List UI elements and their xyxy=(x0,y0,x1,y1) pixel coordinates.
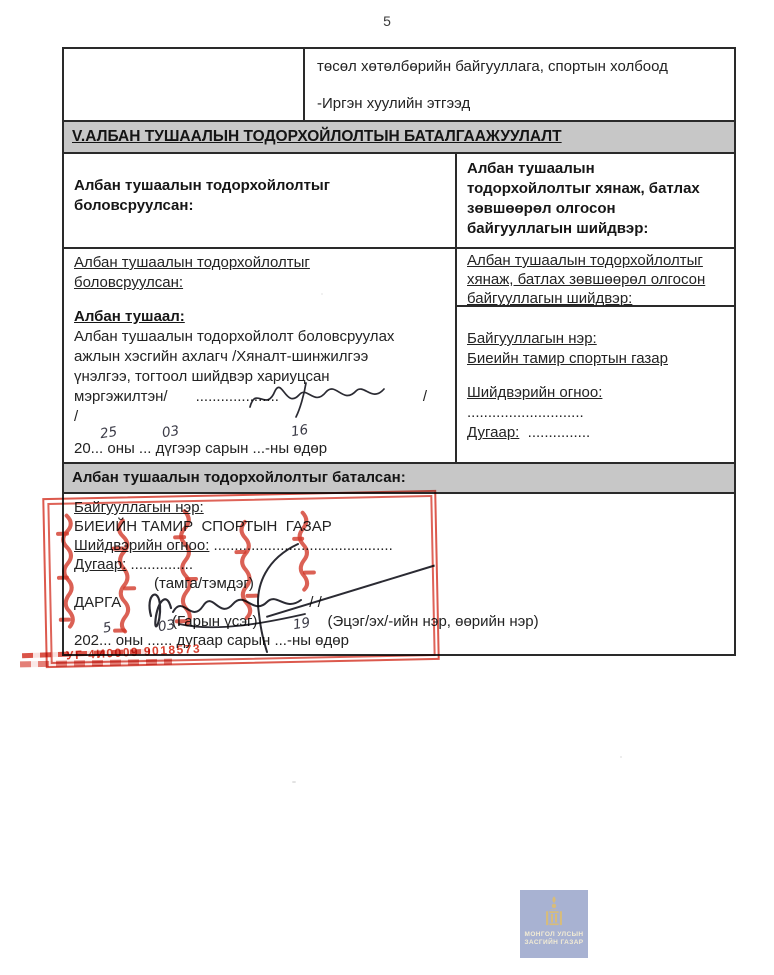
number-label: Дугаар: xyxy=(74,556,126,573)
section-v-title: V.АЛБАН ТУШААЛЫН ТОДОРХОЙЛОЛТЫН БАТАЛГАА… xyxy=(72,128,562,152)
header-line: Албан тушаалын тодорхойлолтыг xyxy=(74,176,445,196)
signature-caption: (Гарын үсэг) xyxy=(172,612,257,631)
decision-number-line: Дугаар: ............... xyxy=(467,423,724,443)
logo-caption: МОНГОЛ УЛСЫН ЗАСГИЙН ГАЗАР xyxy=(524,931,583,947)
logo-caption-line: ЗАСГИЙН ГАЗАР xyxy=(524,939,583,947)
approved-by-header: Албан тушаалын тодорхойлолтыг баталсан: xyxy=(64,462,734,492)
scan-speck xyxy=(321,293,323,295)
director-signature-line: ДАРГА / / xyxy=(74,593,724,612)
org-name-value: БИЕИЙН ТАМИР СПОРТЫН ГАЗАР xyxy=(74,517,724,536)
slash: / xyxy=(423,387,427,407)
dotted-blank: ............... xyxy=(126,556,193,573)
approval-decision-header-cell: Албан тушаалын тодорхойлолтыг хянаж, бат… xyxy=(457,154,734,247)
approved-date-line: 202... оны ...... дугаар сарын ...-ны өд… xyxy=(74,631,724,650)
dotted-blank: ........................................… xyxy=(209,537,392,554)
spacer xyxy=(467,369,724,383)
empty-cell xyxy=(64,49,305,120)
decision-heading-line: Албан тушаалын тодорхойлолтыг xyxy=(467,251,724,270)
table-row-org-types: төсөл хөтөлбөрийн байгууллага, спортын х… xyxy=(64,49,734,120)
table-row-headers: Албан тушаалын тодорхойлолтыг боловсруул… xyxy=(64,152,734,247)
table-row-details: Албан тушаалын тодорхойлолтыг боловсруул… xyxy=(64,247,734,462)
specialist-signature-ink xyxy=(244,377,399,419)
handwritten-day: 19 xyxy=(292,615,311,633)
stamp-caption: (тамга/тэмдэг) xyxy=(154,574,724,593)
number-label: Дугаар: xyxy=(467,424,519,441)
approval-table: төсөл хөтөлбөрийн байгууллага, спортын х… xyxy=(62,47,736,656)
header-line: боловсруулсан: xyxy=(74,196,445,216)
decision-heading-subcell: Албан тушаалын тодорхойлолтыг хянаж, бат… xyxy=(457,249,734,307)
header-line: Албан тушаалын xyxy=(467,159,724,179)
decision-heading-line: байгууллагын шийдвэр: xyxy=(467,289,724,308)
scanned-document-page: 5 төсөл хөтөлбөрийн байгууллага, спортын… xyxy=(0,0,774,975)
name-slashes: / / xyxy=(309,593,322,612)
spacer xyxy=(467,315,724,329)
director-label: ДАРГА xyxy=(74,593,121,612)
position-subheading: Албан тушаал: xyxy=(74,307,445,327)
org-type-line: -Иргэн хуулийн этгээд xyxy=(317,94,722,114)
spacer xyxy=(74,293,445,307)
org-name-label: Байгууллагын нэр: xyxy=(467,329,724,349)
decision-date-label: Шийдвэрийн огноо: xyxy=(467,383,724,403)
developed-date-line: 20... оны ... дүгээр сарын ...-ны өдөр xyxy=(74,439,445,459)
government-logo: МОНГОЛ УЛСЫН ЗАСГИЙН ГАЗАР xyxy=(520,890,588,958)
decision-heading-line: хянаж, батлах зөвшөөрөл олгосон xyxy=(467,270,724,289)
detail-heading-line: боловсруулсан: xyxy=(74,273,445,293)
specialist-label: мэргэжилтэн/ xyxy=(74,387,168,407)
dotted-blank: ............................ xyxy=(467,403,724,423)
body-line: ажлын хэсгийн ахлагч /Хяналт-шинжилгээ xyxy=(74,347,445,367)
scan-speck xyxy=(620,756,622,758)
org-types-cell: төсөл хөтөлбөрийн байгууллага, спортын х… xyxy=(305,49,734,120)
approved-by-title: Албан тушаалын тодорхойлолтыг баталсан: xyxy=(72,469,406,492)
header-line: байгууллагын шийдвэр: xyxy=(467,219,724,239)
red-smudge-mark xyxy=(20,659,172,668)
scan-speck xyxy=(292,781,296,783)
decision-date-line: Шийдвэрийн огноо: ......................… xyxy=(74,536,724,555)
header-line: тодорхойлолтыг хянаж, батлах xyxy=(467,179,724,199)
handwritten-day: 16 xyxy=(290,422,309,440)
handwritten-month: 03 xyxy=(161,423,180,441)
developed-by-detail-cell: Албан тушаалын тодорхойлолтыг боловсруул… xyxy=(64,249,457,462)
soyombo-emblem-icon xyxy=(542,895,566,929)
spacer xyxy=(74,427,445,439)
org-name-label: Байгууллагын нэр: xyxy=(74,498,724,517)
body-line: Албан тушаалын тодорхойлолт боловсруулах xyxy=(74,327,445,347)
dotted-blank: ............... xyxy=(519,424,590,441)
section-v-header: V.АЛБАН ТУШААЛЫН ТОДОРХОЙЛОЛТЫН БАТАЛГАА… xyxy=(64,120,734,152)
handwritten-year: 25 xyxy=(99,424,118,442)
decision-number-line: Дугаар: ............... xyxy=(74,555,724,574)
logo-caption-line: МОНГОЛ УЛСЫН xyxy=(524,931,583,939)
decision-date-label: Шийдвэрийн огноо: xyxy=(74,537,209,554)
approval-decision-detail-cell: Албан тушаалын тодорхойлолтыг хянаж, бат… xyxy=(457,249,734,462)
developed-by-header-cell: Албан тушаалын тодорхойлолтыг боловсруул… xyxy=(64,154,457,247)
header-line: зөвшөөрөл олгосон xyxy=(467,199,724,219)
name-caption: (Эцэг/эх/-ийн нэр, өөрийн нэр) xyxy=(327,612,538,631)
handwritten-month: 03 xyxy=(157,617,176,635)
page-number: 5 xyxy=(0,13,774,29)
approved-by-detail-cell: Байгууллагын нэр: БИЕИЙН ТАМИР СПОРТЫН Г… xyxy=(64,492,734,654)
detail-heading-line: Албан тушаалын тодорхойлолтыг xyxy=(74,253,445,273)
org-name-value: Биеийн тамир спортын газар xyxy=(467,349,724,369)
org-type-line: төсөл хөтөлбөрийн байгууллага, спортын х… xyxy=(317,57,722,77)
decision-fields-subcell: Байгууллагын нэр: Биеийн тамир спортын г… xyxy=(457,307,734,462)
